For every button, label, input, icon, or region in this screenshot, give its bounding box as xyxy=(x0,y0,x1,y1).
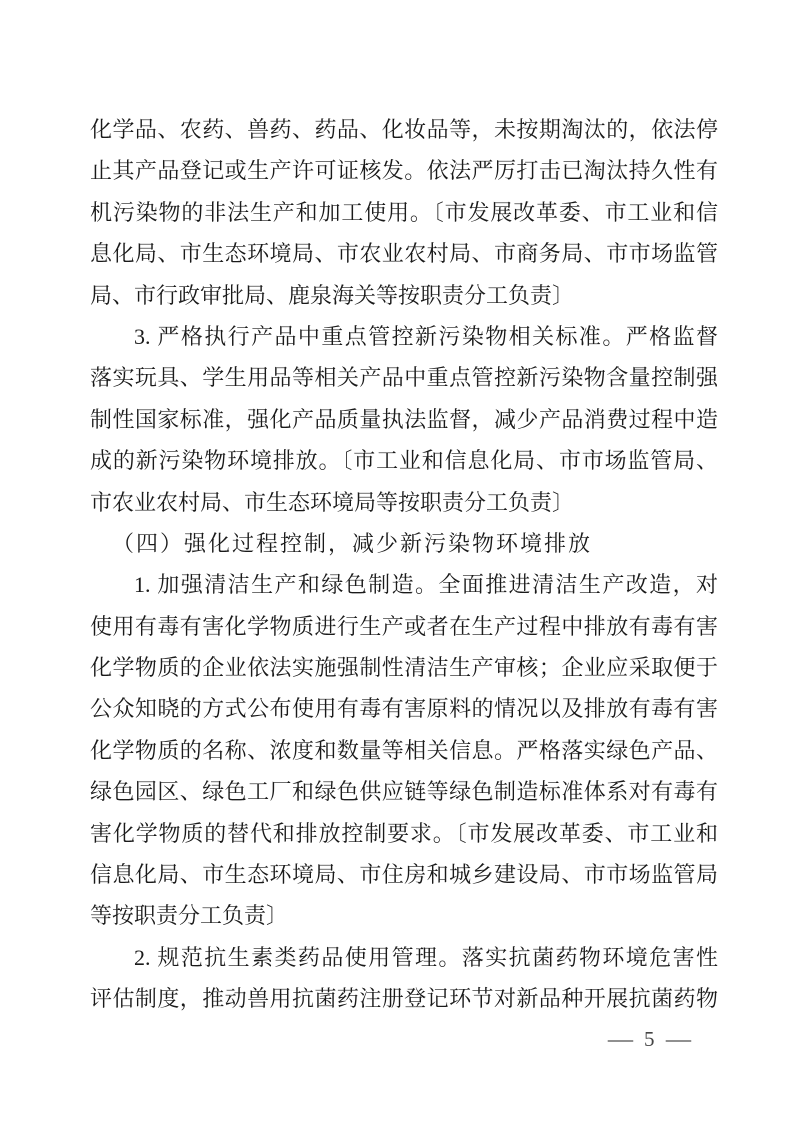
footer-page-number: 5 xyxy=(644,1027,655,1052)
document-line: 公众知晓的方式公布使用有毒有害原料的情况以及排放有毒有害 xyxy=(90,688,718,729)
document-line: 制性国家标准，强化产品质量执法监督，减少产品消费过程中造 xyxy=(90,399,718,440)
document-line: 化学物质的企业依法实施强制性清洁生产审核；企业应采取便于 xyxy=(90,647,718,688)
document-line: 评估制度，推动兽用抗菌药注册登记环节对新品种开展抗菌药物 xyxy=(90,978,718,1019)
document-line: 止其产品登记或生产许可证核发。依法严厉打击已淘汰持久性有 xyxy=(90,150,718,191)
document-page: 化学品、农药、兽药、药品、化妆品等，未按期淘汰的，依法停止其产品登记或生产许可证… xyxy=(0,0,808,1133)
document-line: 机污染物的非法生产和加工使用。〔市发展改革委、市工业和信 xyxy=(90,192,718,233)
document-line: 1. 加强清洁生产和绿色制造。全面推进清洁生产改造，对 xyxy=(90,564,718,605)
document-line: 化学品、农药、兽药、药品、化妆品等，未按期淘汰的，依法停 xyxy=(90,109,718,150)
document-line: 2. 规范抗生素类药品使用管理。落实抗菌药物环境危害性 xyxy=(90,937,718,978)
document-line: 化学物质的名称、浓度和数量等相关信息。严格落实绿色产品、 xyxy=(90,730,718,771)
document-line: 等按职责分工负责〕 xyxy=(90,895,718,936)
document-line: 息化局、市生态环境局、市农业农村局、市商务局、市市场监管 xyxy=(90,233,718,274)
document-body: 化学品、农药、兽药、药品、化妆品等，未按期淘汰的，依法停止其产品登记或生产许可证… xyxy=(90,109,718,1020)
document-line: 绿色园区、绿色工厂和绿色供应链等绿色制造标准体系对有毒有 xyxy=(90,771,718,812)
document-line: 使用有毒有害化学物质进行生产或者在生产过程中排放有毒有害 xyxy=(90,606,718,647)
footer-dash-right: — xyxy=(665,1027,690,1052)
document-line: 3. 严格执行产品中重点管控新污染物相关标准。严格监督 xyxy=(90,316,718,357)
document-line: 市农业农村局、市生态环境局等按职责分工负责〕 xyxy=(90,482,718,523)
footer-dash-left: — xyxy=(608,1027,633,1052)
document-line: 局、市行政审批局、鹿泉海关等按职责分工负责〕 xyxy=(90,275,718,316)
document-line: 害化学物质的替代和排放控制要求。〔市发展改革委、市工业和 xyxy=(90,813,718,854)
page-number: — 5 — xyxy=(610,1026,689,1052)
document-line: 落实玩具、学生用品等相关产品中重点管控新污染物含量控制强 xyxy=(90,357,718,398)
document-line: 成的新污染物环境排放。〔市工业和信息化局、市市场监管局、 xyxy=(90,440,718,481)
section-heading: （四）强化过程控制，减少新污染物环境排放 xyxy=(90,523,718,564)
document-line: 信息化局、市生态环境局、市住房和城乡建设局、市市场监管局 xyxy=(90,854,718,895)
